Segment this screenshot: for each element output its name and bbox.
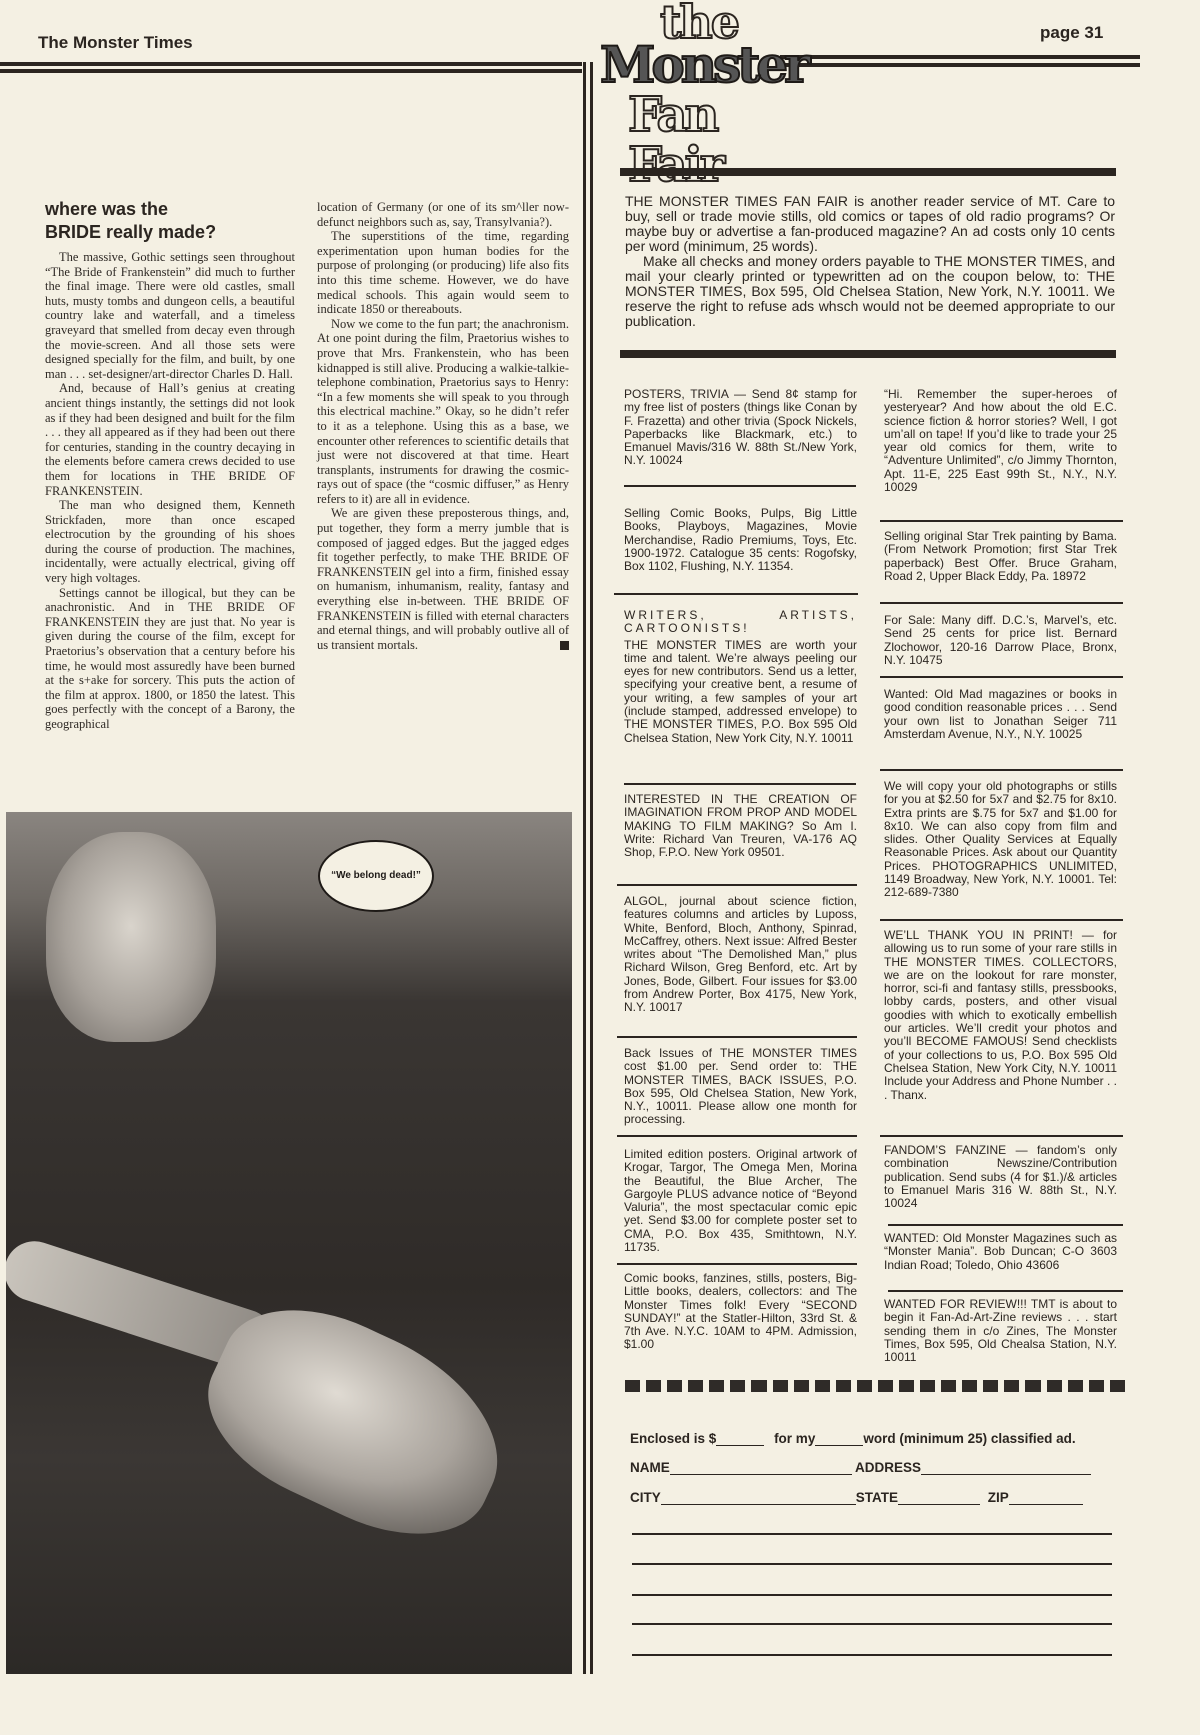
intro-paragraph-1: THE MONSTER TIMES FAN FAIR is another re… [625, 194, 1115, 254]
ad-divider [880, 769, 1123, 771]
ad-divider [880, 676, 1123, 678]
ad-text: We will copy your old photographs or sti… [884, 780, 1117, 900]
zip-label: ZIP [988, 1490, 1009, 1505]
fan-fair-intro: THE MONSTER TIMES FAN FAIR is another re… [625, 194, 1115, 329]
ad-divider [880, 1135, 1123, 1137]
header-rule-top-right [780, 55, 1140, 59]
classified-ad: Wanted: Old Mad magazines or books in go… [884, 688, 1117, 741]
ad-divider [617, 1263, 857, 1265]
ad-text-line-3[interactable] [632, 1594, 1112, 1596]
monster-face [46, 832, 216, 1042]
ad-divider [617, 1036, 857, 1038]
classified-ad: For Sale: Many diff. D.C.’s, Marvel’s, e… [884, 614, 1117, 667]
ad-text: ALGOL, journal about science fiction, fe… [624, 895, 857, 1015]
ad-text: Selling original Star Trek painting by B… [884, 530, 1117, 583]
zip-field[interactable] [1009, 1490, 1083, 1505]
ad-text: INTERESTED IN THE CREATION OF IMAGINATIO… [624, 793, 857, 859]
ad-heading: WRITERS, ARTISTS, CARTOONISTS! [624, 609, 857, 636]
column-divider-left [583, 62, 586, 1674]
coupon-row-enclosed: Enclosed is $ for myword (minimum 25) cl… [630, 1431, 1076, 1446]
fan-fair-intro-rule [620, 350, 1116, 358]
name-field[interactable] [670, 1460, 852, 1475]
classified-ad: WANTED FOR REVIEW!!! TMT is about to beg… [884, 1298, 1117, 1364]
for-my-label: for my [774, 1431, 815, 1446]
article-paragraph: location of Germany (or one of its sm^ll… [317, 200, 569, 229]
amount-field[interactable] [716, 1431, 764, 1446]
article-column-1: The massive, Gothic settings seen throug… [45, 250, 295, 732]
ad-divider [617, 884, 857, 886]
ad-text-line-4[interactable] [632, 1623, 1112, 1625]
header-rule-bottom-right [780, 63, 1140, 67]
ad-divider [880, 520, 1123, 522]
ad-text-line-5[interactable] [632, 1654, 1112, 1656]
classified-ad: WE’LL THANK YOU IN PRINT! — for allowing… [884, 929, 1117, 1102]
classified-ad: POSTERS, TRIVIA — Send 8¢ stamp for my f… [624, 388, 857, 468]
classified-ad-writers: WRITERS, ARTISTS, CARTOONISTS! THE MONST… [624, 609, 857, 745]
ad-divider [888, 1224, 1123, 1226]
page-number: page 31 [1040, 23, 1103, 43]
article-headline: where was the BRIDE really made? [45, 198, 305, 244]
speech-bubble: “We belong dead!” [318, 840, 434, 912]
ad-text: Wanted: Old Mad magazines or books in go… [884, 688, 1117, 741]
ad-divider [880, 602, 1123, 604]
ad-text: FANDOM’S FANZINE — fandom’s only combina… [884, 1144, 1117, 1210]
ad-text: “Hi. Remember the super-heroes of yester… [884, 388, 1117, 494]
ad-divider [624, 485, 856, 487]
address-label: ADDRESS [855, 1460, 921, 1475]
frankenstein-photo [6, 812, 572, 1674]
ad-divider [888, 1290, 1123, 1292]
ad-text: WANTED: Old Monster Magazines such as “M… [884, 1232, 1117, 1272]
ad-text-line-1[interactable] [632, 1533, 1112, 1535]
classified-ad: We will copy your old photographs or sti… [884, 780, 1117, 900]
ad-text: Selling Comic Books, Pulps, Big Little B… [624, 507, 857, 573]
state-field[interactable] [898, 1490, 980, 1505]
article-column-2: location of Germany (or one of its sm^ll… [317, 200, 569, 652]
ad-text: POSTERS, TRIVIA — Send 8¢ stamp for my f… [624, 388, 857, 468]
header-rule-bottom-left [0, 69, 582, 73]
publication-name: The Monster Times [38, 33, 193, 53]
article-paragraph: And, because of Hall’s genius at creatin… [45, 381, 295, 498]
enclosed-label: Enclosed is $ [630, 1431, 716, 1446]
article-paragraph: The superstitions of the time, regarding… [317, 229, 569, 317]
article-paragraph: Now we come to the fun part; the anachro… [317, 317, 569, 507]
headline-line-1: where was the [45, 198, 305, 221]
monster-fan-fair-logo: the Monster Fan Fair [600, 0, 820, 150]
classified-ad: Comic books, fanzines, stills, posters, … [624, 1272, 857, 1352]
article-paragraph: The massive, Gothic settings seen throug… [45, 250, 295, 381]
article-paragraph: We are given these preposterous things, … [317, 506, 569, 652]
header-rule-top-left [0, 62, 582, 66]
classified-ad: ALGOL, journal about science fiction, fe… [624, 895, 857, 1015]
end-of-article-mark [560, 641, 569, 650]
ad-text: For Sale: Many diff. D.C.’s, Marvel’s, e… [884, 614, 1117, 667]
ad-text: Limited edition posters. Original artwor… [624, 1148, 857, 1254]
ad-divider [617, 1135, 857, 1137]
article-paragraph: Settings cannot be illogical, but they c… [45, 586, 295, 732]
classified-ad: INTERESTED IN THE CREATION OF IMAGINATIO… [624, 793, 857, 859]
ad-text: Back Issues of THE MONSTER TIMES cost $1… [624, 1047, 857, 1127]
ad-divider [880, 919, 1123, 921]
intro-paragraph-2: Make all checks and money orders payable… [625, 254, 1115, 329]
article-final-text: We are given these preposterous things, … [317, 506, 569, 651]
name-label: NAME [630, 1460, 670, 1475]
ad-text: Comic books, fanzines, stills, posters, … [624, 1272, 857, 1352]
state-label: STATE [856, 1490, 898, 1505]
classified-ad: Limited edition posters. Original artwor… [624, 1148, 857, 1254]
address-field[interactable] [921, 1460, 1091, 1475]
coupon-row-city: CITYSTATE ZIP [630, 1490, 1083, 1505]
ad-text: WANTED FOR REVIEW!!! TMT is about to beg… [884, 1298, 1117, 1364]
word-count-field[interactable] [815, 1431, 863, 1446]
coupon-row-name: NAME ADDRESS [630, 1460, 1091, 1475]
ad-divider [624, 783, 856, 785]
coupon-cut-line [625, 1380, 1125, 1392]
city-field[interactable] [661, 1490, 856, 1505]
classified-ad: Selling original Star Trek painting by B… [884, 530, 1117, 583]
ad-text-line-2[interactable] [632, 1563, 1112, 1565]
classified-ad: “Hi. Remember the super-heroes of yester… [884, 388, 1117, 494]
fan-fair-top-rule [620, 168, 1116, 176]
ad-divider [614, 593, 858, 595]
column-divider-right [590, 62, 593, 1674]
classified-ad: Back Issues of THE MONSTER TIMES cost $1… [624, 1047, 857, 1127]
article-paragraph: The man who designed them, Kenneth Stric… [45, 498, 295, 586]
ad-text: THE MONSTER TIMES are worth your time an… [624, 639, 857, 745]
classified-ad: FANDOM’S FANZINE — fandom’s only combina… [884, 1144, 1117, 1210]
classified-ad: Selling Comic Books, Pulps, Big Little B… [624, 507, 857, 573]
ad-text: WE’LL THANK YOU IN PRINT! — for allowing… [884, 929, 1117, 1102]
logo-monster: Monster [600, 40, 806, 90]
classified-ad: WANTED: Old Monster Magazines such as “M… [884, 1232, 1117, 1272]
city-label: CITY [630, 1490, 661, 1505]
word-label: word (minimum 25) classified ad. [863, 1431, 1075, 1446]
headline-line-2: BRIDE really made? [45, 221, 305, 244]
